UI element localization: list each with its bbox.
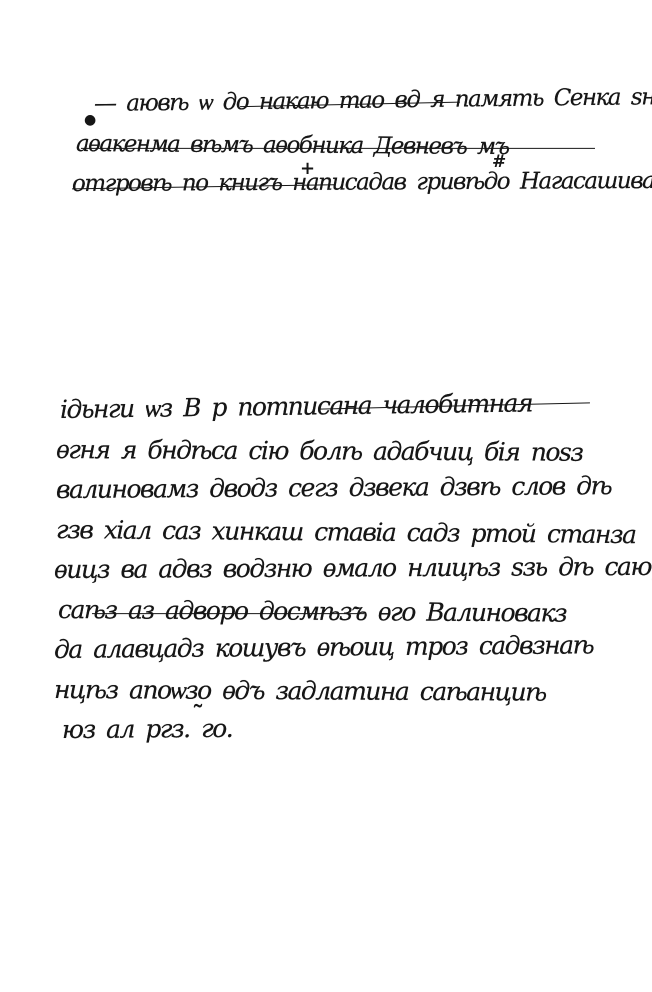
plus-mark: + <box>300 158 315 179</box>
handwritten-line: да алавцадз кошувъ ѳѣоиц троз садвзнаѣ <box>54 625 624 670</box>
manuscript-page: — аювѣ ѡ до накаю тао вд я память Сенка … <box>0 0 652 992</box>
ink-blot-mark: ● <box>84 112 96 128</box>
handwritten-line: ѳицз ва адвз водзню ѳмало нлицѣз ѕзь дѣ … <box>54 547 624 590</box>
handwritten-line: валиновамз дводз сегз дзвека дзвѣ слов д… <box>56 466 624 510</box>
handwriting-block-top: — аювѣ ѡ до накаю тао вд я память Сенка … <box>72 84 617 204</box>
handwritten-line: — аювѣ ѡ до накаю тао вд я память Сенка … <box>94 78 617 124</box>
handwriting-block-bottom: ідьнги ѡз В р потписана чалобитная ѳгня … <box>54 390 624 750</box>
handwritten-line: ідьнги ѡз В р потписана чалобитная <box>60 382 625 430</box>
titlo-mark: ˜ <box>192 700 204 729</box>
insertion-mark: # <box>492 152 506 172</box>
handwritten-line: юз ал ргз. го. <box>62 706 624 750</box>
handwritten-line: отгровѣ по книгъ написадав гривѣдо Нагас… <box>72 161 617 204</box>
